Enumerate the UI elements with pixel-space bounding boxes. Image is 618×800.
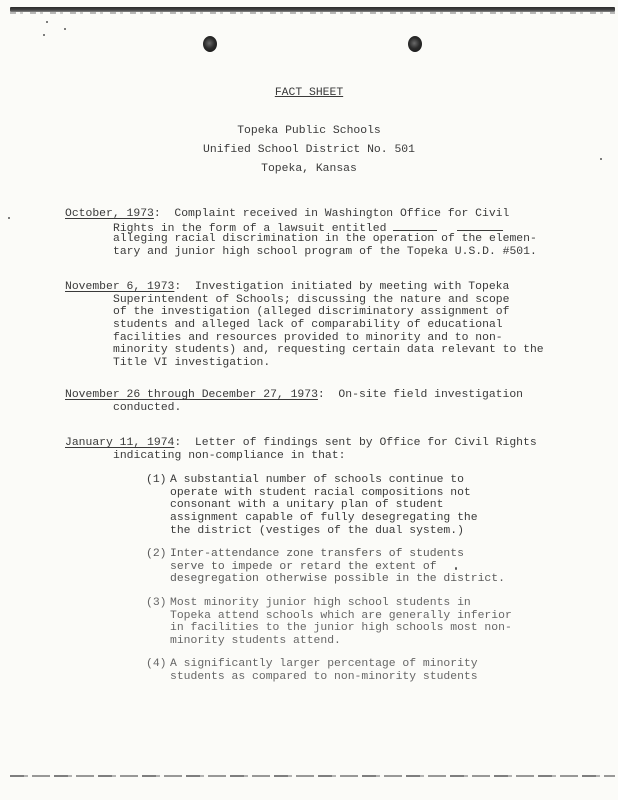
header-district: Unified School District No. 501 bbox=[0, 144, 618, 157]
scan-speck bbox=[600, 158, 602, 160]
finding-text: students as compared to non-minority stu… bbox=[146, 671, 526, 684]
entry-text: students and alleged lack of comparabili… bbox=[65, 319, 565, 332]
scan-edge-bottom bbox=[10, 775, 615, 777]
entry-date: January 11, 1974 bbox=[65, 437, 174, 449]
finding-text: A substantial number of schools continue… bbox=[146, 474, 526, 487]
finding-number: (3) bbox=[146, 597, 167, 610]
scan-speck bbox=[8, 217, 10, 219]
punch-hole-right bbox=[408, 36, 422, 52]
finding-text: serve to impede or retard the extent of bbox=[146, 561, 526, 574]
entry-text: facilities and resources provided to min… bbox=[65, 332, 565, 345]
entry-text: conducted. bbox=[65, 402, 565, 415]
blank-line bbox=[457, 221, 503, 231]
entry-date: October, 1973 bbox=[65, 208, 154, 220]
entry-text: On-site field investigation bbox=[325, 389, 523, 401]
entry-october-1973: October, 1973: Complaint received in Was… bbox=[65, 208, 565, 259]
entry-text: tary and junior high school program of t… bbox=[65, 246, 565, 259]
finding-text: assignment capable of fully desegregatin… bbox=[146, 512, 526, 525]
scan-speck bbox=[64, 28, 66, 30]
entry-november-6-1973: November 6, 1973: Investigation initiate… bbox=[65, 281, 565, 370]
finding-text: the district (vestiges of the dual syste… bbox=[146, 525, 526, 538]
entry-date: November 26 through December 27, 1973 bbox=[65, 389, 318, 401]
entry-text: Investigation initiated by meeting with … bbox=[181, 281, 509, 293]
finding-text: operate with student racial compositions… bbox=[146, 487, 526, 500]
punch-hole-left bbox=[203, 36, 217, 52]
entry-text: Title VI investigation. bbox=[65, 357, 565, 370]
finding-text: Topeka attend schools which are generall… bbox=[146, 610, 526, 623]
finding-text: Inter-attendance zone transfers of stude… bbox=[146, 548, 526, 561]
finding-text: A significantly larger percentage of min… bbox=[146, 658, 526, 671]
finding-2: (2) Inter-attendance zone transfers of s… bbox=[146, 548, 526, 586]
finding-text: Most minority junior high school student… bbox=[146, 597, 526, 610]
entry-text: Complaint received in Washington Office … bbox=[161, 208, 510, 220]
scan-edge-top bbox=[10, 7, 615, 12]
entry-november-december-1973: November 26 through December 27, 1973: O… bbox=[65, 389, 565, 414]
entry-text: minority students) and, requesting certa… bbox=[65, 344, 565, 357]
entry-january-11-1974: January 11, 1974: Letter of findings sen… bbox=[65, 437, 565, 462]
entry-text: of the investigation (alleged discrimina… bbox=[65, 306, 565, 319]
blank-line bbox=[393, 221, 437, 231]
finding-number: (4) bbox=[146, 658, 167, 671]
finding-text: desegregation otherwise possible in the … bbox=[146, 573, 526, 586]
entry-text: alleging racial discrimination in the op… bbox=[65, 233, 565, 246]
finding-3: (3) Most minority junior high school stu… bbox=[146, 597, 526, 648]
scan-speck bbox=[46, 21, 48, 23]
header-organization: Topeka Public Schools bbox=[0, 125, 618, 138]
finding-number: (2) bbox=[146, 548, 167, 561]
finding-text: in facilities to the junior high schools… bbox=[146, 622, 526, 635]
finding-text: minority students attend. bbox=[146, 635, 526, 648]
scan-speck bbox=[43, 34, 45, 36]
finding-4: (4) A significantly larger percentage of… bbox=[146, 658, 526, 683]
entry-date: November 6, 1973 bbox=[65, 281, 174, 293]
finding-1: (1) A substantial number of schools cont… bbox=[146, 474, 526, 537]
finding-number: (1) bbox=[146, 474, 167, 487]
finding-text: consonant with a unitary plan of student bbox=[146, 499, 526, 512]
header-location: Topeka, Kansas bbox=[0, 163, 618, 176]
entry-text: Letter of findings sent by Office for Ci… bbox=[181, 437, 536, 449]
entry-text: Superintendent of Schools; discussing th… bbox=[65, 294, 565, 307]
entry-text: indicating non-compliance in that: bbox=[65, 450, 565, 463]
document-title: FACT SHEET bbox=[0, 87, 618, 100]
